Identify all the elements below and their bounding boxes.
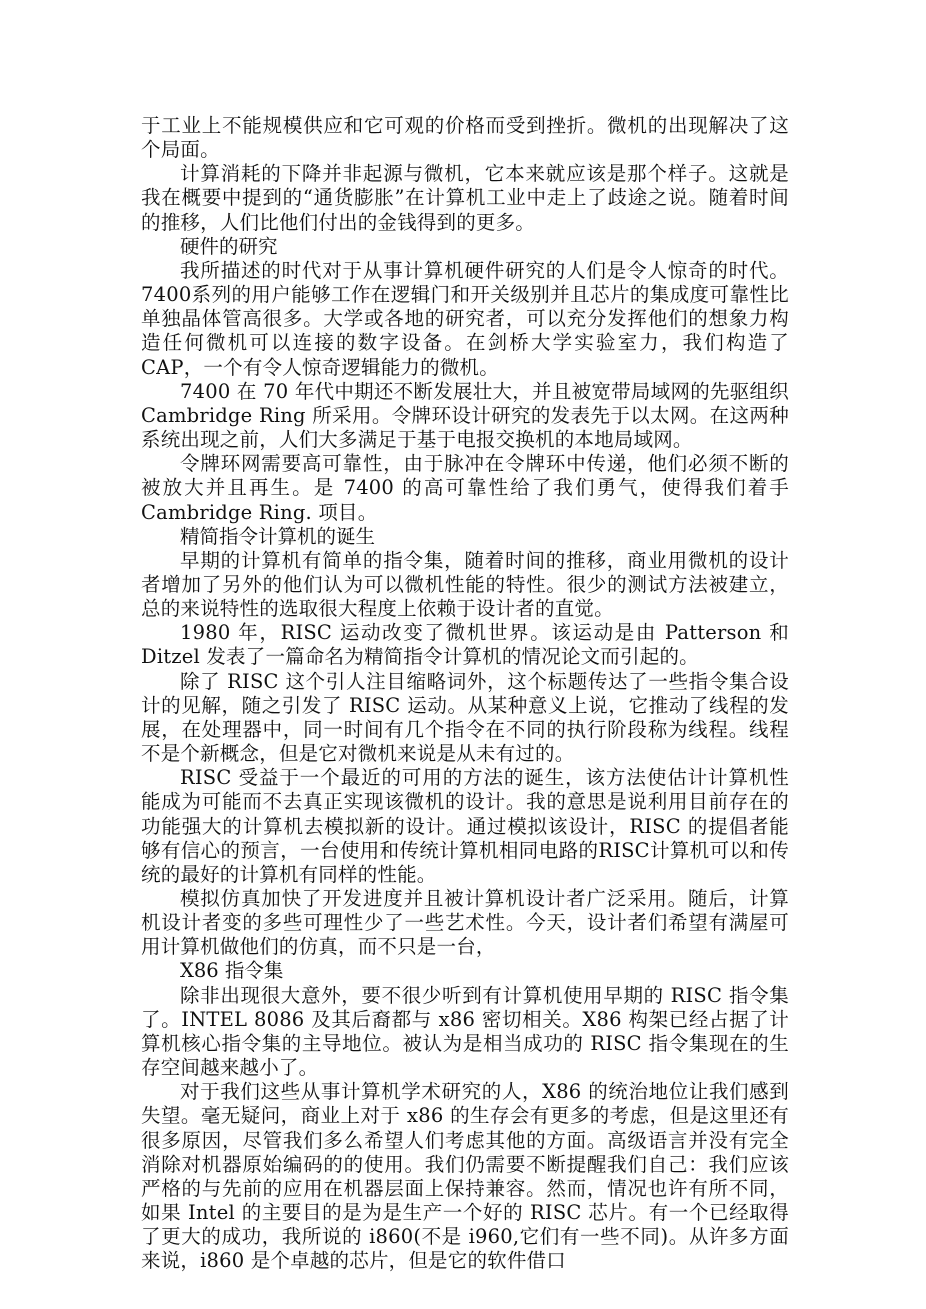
paragraph: 除非出现很大意外，要不很少听到有计算机使用早期的 RISC 指令集了。INTEL… [141,984,789,1081]
paragraph: 我所描述的时代对于从事计算机硬件研究的人们是令人惊奇的时代。7400系列的用户能… [141,259,789,380]
paragraph: 令牌环网需要高可靠性，由于脉冲在令牌环中传递，他们必须不断的被放大并且再生。是 … [141,452,789,524]
section-heading: 精简指令计算机的诞生 [141,525,789,549]
paragraph: 除了 RISC 这个引人注目缩略词外，这个标题传达了一些指令集合设计的见解，随之… [141,670,789,767]
paragraph: 7400 在 70 年代中期还不断发展壮大，并且被宽带局域网的先驱组织 Camb… [141,380,789,452]
paragraph: 对于我们这些从事计算机学术研究的人，X86 的统治地位让我们感到失望。毫无疑问，… [141,1080,789,1273]
document-page: 于工业上不能规模供应和它可观的价格而受到挫折。微机的出现解决了这个局面。 计算消… [141,114,789,1274]
paragraph: 1980 年，RISC 运动改变了微机世界。该运动是由 Patterson 和 … [141,621,789,669]
section-heading: X86 指令集 [141,959,789,983]
paragraph: RISC 受益于一个最近的可用的方法的诞生，该方法使估计计算机性能成为可能而不去… [141,766,789,887]
paragraph: 模拟仿真加快了开发进度并且被计算机设计者广泛采用。随后，计算机设计者变的多些可理… [141,887,789,959]
paragraph: 早期的计算机有简单的指令集，随着时间的推移，商业用微机的设计者增加了另外的他们认… [141,549,789,621]
section-heading: 硬件的研究 [141,235,789,259]
paragraph: 计算消耗的下降并非起源与微机，它本来就应该是那个样子。这就是我在概要中提到的“通… [141,162,789,234]
paragraph: 于工业上不能规模供应和它可观的价格而受到挫折。微机的出现解决了这个局面。 [141,114,789,162]
